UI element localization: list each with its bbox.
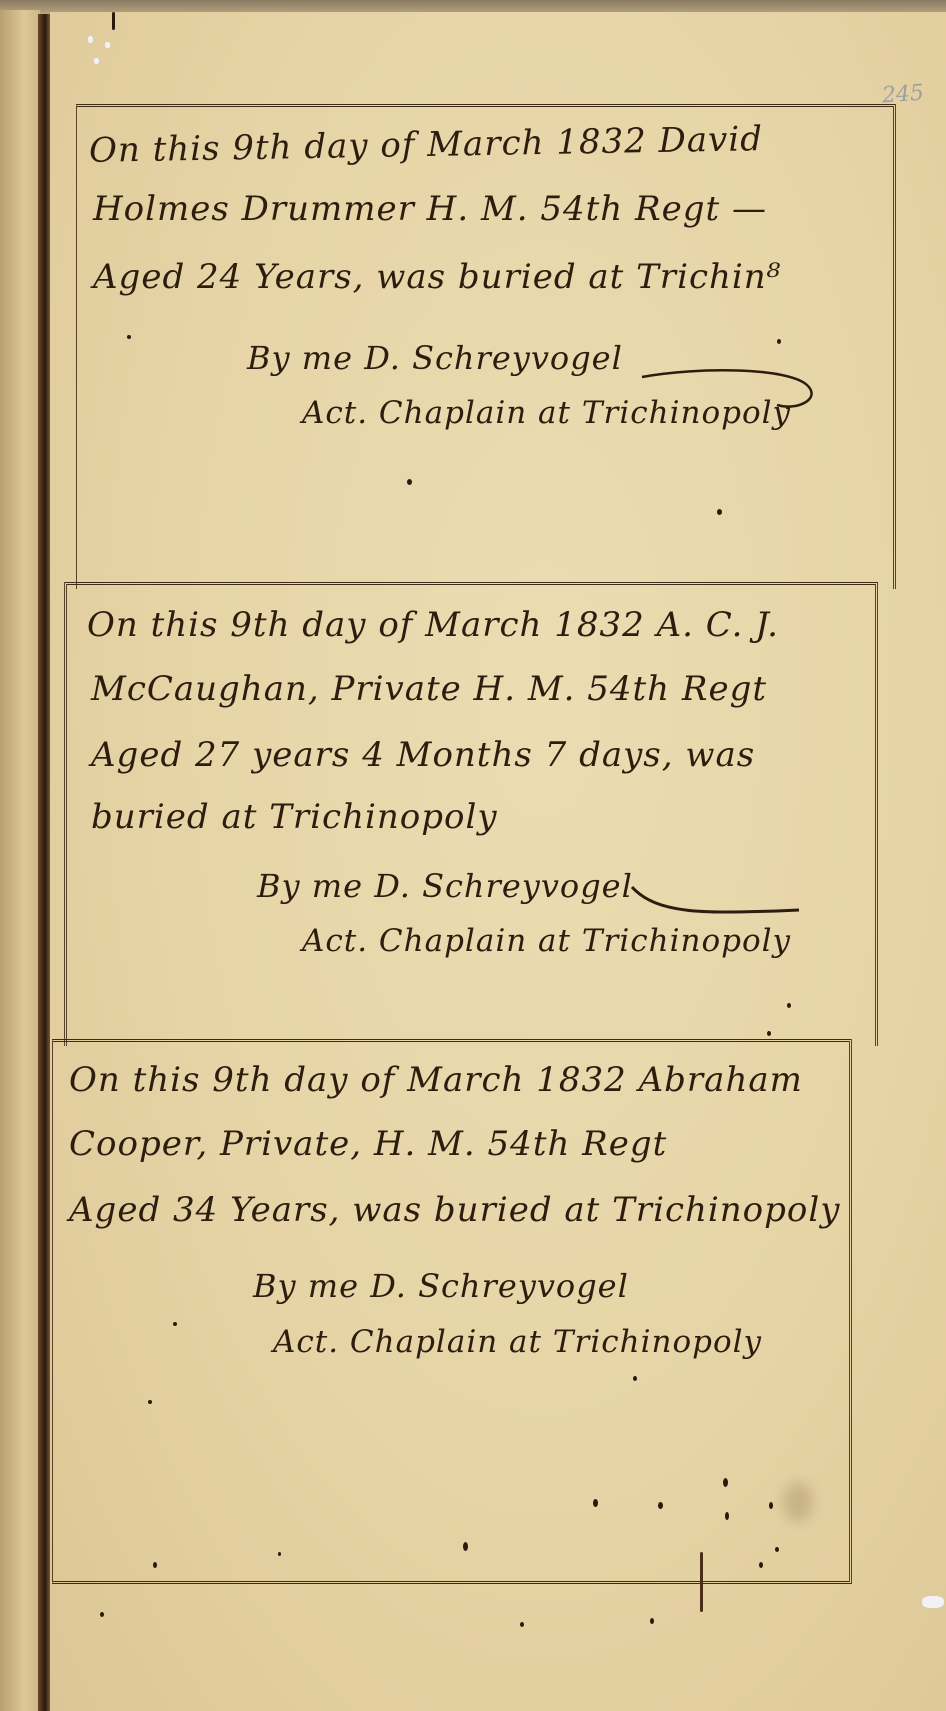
ink-spot (520, 1622, 524, 1627)
entry-line: On this 9th day of March 1832 David (89, 119, 764, 171)
paper-hole (88, 36, 93, 43)
ink-spot (658, 1502, 663, 1509)
entry-line: Aged 34 Years, was buried at Trichinopol… (69, 1190, 840, 1230)
burial-entry-3: On this 9th day of March 1832 Abraham Co… (52, 1039, 852, 1584)
signature-title-line: Act. Chaplain at Trichinopoly (302, 923, 791, 959)
ink-spot (173, 1322, 177, 1326)
ink-spot (127, 335, 131, 339)
entry-line: On this 9th day of March 1832 A. C. J. (87, 605, 779, 645)
ink-spot (723, 1478, 728, 1487)
ink-spot (633, 1376, 637, 1381)
entry-line: On this 9th day of March 1832 Abraham (69, 1060, 803, 1100)
entry-line: Holmes Drummer H. M. 54th Regt — (93, 189, 767, 229)
ink-drip (700, 1552, 703, 1612)
ink-spot (759, 1562, 763, 1568)
ink-spot (100, 1612, 104, 1617)
ink-spot (717, 509, 722, 515)
register-page: 245 On this 9th day of March 1832 David … (50, 12, 946, 1711)
burial-entry-1: On this 9th day of March 1832 David Holm… (76, 104, 896, 589)
entry-line: Aged 27 years 4 Months 7 days, was (91, 735, 755, 775)
ink-spot (777, 339, 781, 344)
ink-spot (767, 1031, 771, 1036)
paper-tear (922, 1596, 944, 1608)
signature-title-line: Act. Chaplain at Trichinopoly (302, 395, 791, 431)
ink-spot (787, 1003, 791, 1008)
entry-line: Cooper, Private, H. M. 54th Regt (69, 1124, 667, 1164)
ink-spot (463, 1542, 468, 1551)
ink-spot (148, 1400, 152, 1404)
ink-spot (153, 1562, 157, 1568)
paper-hole (105, 42, 110, 48)
photographed-register-spread: 245 On this 9th day of March 1832 David … (0, 0, 946, 1711)
register-frame: On this 9th day of March 1832 David Holm… (62, 104, 897, 1659)
entry-line: McCaughan, Private H. M. 54th Regt (91, 669, 767, 709)
entry-line: buried at Trichinopoly (91, 797, 498, 837)
ink-spot (775, 1547, 779, 1552)
paper-hole (94, 58, 99, 64)
burial-entry-2: On this 9th day of March 1832 A. C. J. M… (64, 582, 878, 1046)
signature-by-line: By me D. Schreyvogel (247, 339, 623, 377)
ink-spot (650, 1618, 654, 1624)
ink-spot (593, 1499, 598, 1507)
signature-by-line: By me D. Schreyvogel (257, 867, 633, 905)
facing-page-edge (0, 10, 40, 1711)
paper-stain (783, 1482, 813, 1522)
entry-line: Aged 24 Years, was buried at Trichin⁸ (93, 257, 781, 297)
ink-mark (112, 12, 115, 30)
signature-by-line: By me D. Schreyvogel (253, 1267, 629, 1305)
signature-title-line: Act. Chaplain at Trichinopoly (273, 1324, 762, 1360)
ink-spot (725, 1512, 729, 1520)
ink-spot (407, 479, 412, 485)
ink-spot (769, 1502, 773, 1509)
ink-spot (278, 1552, 281, 1556)
